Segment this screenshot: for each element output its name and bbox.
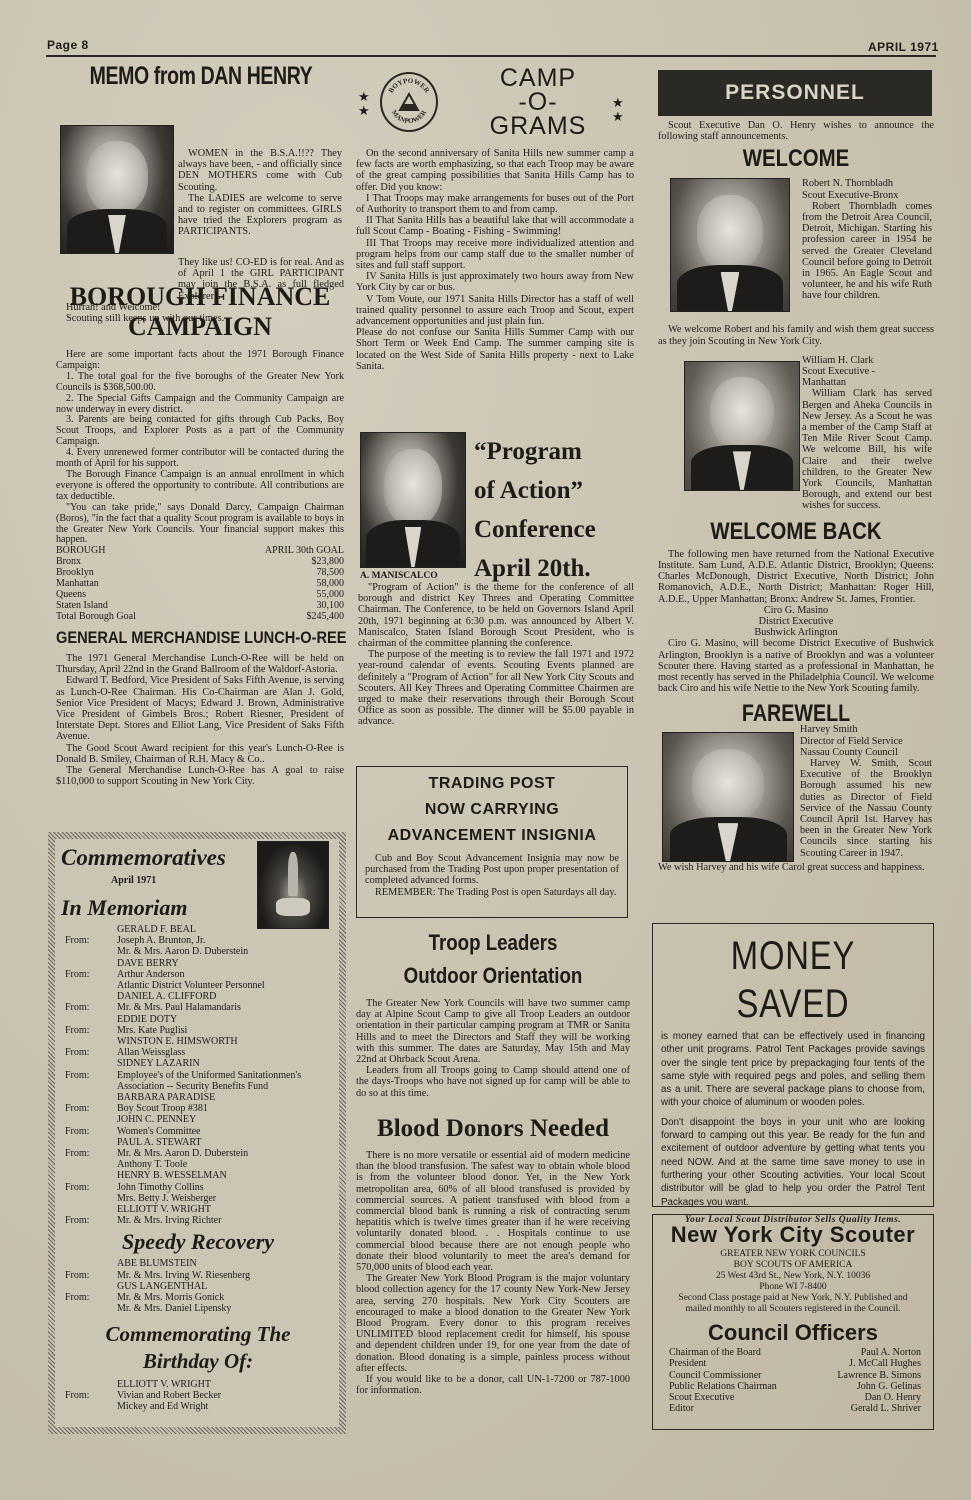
finance-para: "You can take pride," says Donald Darcy,… bbox=[56, 503, 344, 547]
lunch-para: The Good Scout Award recipient for this … bbox=[56, 743, 344, 765]
officer-row: Public Relations ChairmanJohn G. Gelinas bbox=[669, 1381, 921, 1392]
thornbladh-photo bbox=[670, 178, 790, 312]
thornbladh-closing: We welcome Robert and his family and wis… bbox=[658, 324, 934, 346]
clark-photo bbox=[684, 361, 800, 491]
smith-name: Harvey Smith bbox=[800, 724, 932, 735]
honoree-name: DANIEL A. CLIFFORD bbox=[117, 991, 301, 1002]
thornbladh-bio: Robert Thornbladh comes from the Detroit… bbox=[802, 201, 932, 302]
welcome-heading: WELCOME bbox=[679, 144, 914, 174]
birthday-title: Commemorating The Birthday Of: bbox=[61, 1321, 335, 1375]
troop-leaders-para: The Greater New York Councils will have … bbox=[356, 998, 630, 1065]
program-para: The purpose of the meeting is to review … bbox=[358, 649, 634, 727]
personnel-banner: PERSONNEL bbox=[658, 70, 932, 116]
masthead-box: New York City Scouter GREATER NEW YORK C… bbox=[652, 1214, 934, 1430]
clark-role: Scout Executive - bbox=[802, 366, 932, 377]
officer-row: Chairman of the BoardPaul A. Norton bbox=[669, 1347, 921, 1358]
money-para: is money earned that can be effectively … bbox=[661, 1030, 925, 1110]
masthead-postage: Second Class postage paid at New York, N… bbox=[653, 1293, 933, 1315]
honoree-name: EDDIE DOTY bbox=[117, 1014, 301, 1025]
masino-heading: Ciro G. Masino District Executive Bushwi… bbox=[658, 605, 934, 639]
smith-bio: Harvey W. Smith, Scout Executive of the … bbox=[800, 758, 932, 859]
lunch-article: GENERAL MERCHANDISE LUNCH-O-REE The 1971… bbox=[56, 628, 344, 787]
camp-para: Please do not confuse our Sanita Hills S… bbox=[356, 327, 634, 372]
program-para: "Program of Action" is the theme for the… bbox=[358, 582, 634, 649]
troop-leaders-para: Leaders from all Troops going to Camp sh… bbox=[356, 1065, 630, 1099]
finance-para: 1. The total goal for the five boroughs … bbox=[56, 372, 344, 394]
blood-para: There is no more versatile or essential … bbox=[356, 1150, 630, 1273]
money-para: Don't disappoint the boys in your unit w… bbox=[661, 1116, 925, 1209]
honoree-name: HENRY B. WESSELMAN bbox=[117, 1170, 301, 1181]
issue-date: APRIL 1971 bbox=[868, 40, 939, 54]
finance-goal-table: BOROUGHAPRIL 30th GOAL Bronx$23,800 Broo… bbox=[56, 546, 344, 622]
program-headline: “Program of Action” Conference April 20t… bbox=[474, 432, 596, 588]
blood-para: The Greater New York Blood Program is th… bbox=[356, 1273, 630, 1374]
honoree-name: ABE BLUMSTEIN bbox=[117, 1258, 250, 1269]
smith-closing: We wish Harvey and his wife Carol great … bbox=[658, 862, 934, 873]
trading-post-box: TRADING POST NOW CARRYING ADVANCEMENT IN… bbox=[356, 766, 628, 918]
star-icon: ★★ bbox=[612, 96, 624, 124]
welcome-back-heading: WELCOME BACK bbox=[679, 517, 914, 547]
money-saved-headline: MONEY SAVED bbox=[678, 932, 908, 1028]
lunch-para: Edward T. Bedford, Vice President of Sak… bbox=[56, 675, 344, 742]
honoree-name: DAVE BERRY bbox=[117, 958, 301, 969]
finance-headline: BOROUGH FINANCE CAMPAIGN bbox=[56, 282, 344, 342]
finance-para: Here are some important facts about the … bbox=[56, 350, 344, 372]
honoree-name: SIDNEY LAZARIN bbox=[117, 1058, 301, 1069]
blood-donors-article: Blood Donors Needed There is no more ver… bbox=[356, 1112, 630, 1396]
troop-leaders-headline: Troop Leaders Outdoor Orientation bbox=[377, 926, 610, 992]
money-saved-ad: MONEY SAVED is money earned that can be … bbox=[652, 923, 934, 1207]
lunch-headline: GENERAL MERCHANDISE LUNCH-O-REE bbox=[56, 628, 348, 648]
memo-para-1: WOMEN in the B.S.A.!!?? They always have… bbox=[178, 148, 342, 193]
photo-caption: A. MANISCALCO bbox=[360, 571, 438, 581]
finance-para: The Borough Finance Campaign is an annua… bbox=[56, 470, 344, 503]
finance-para: 2. The Special Gifts Campaign and the Co… bbox=[56, 394, 344, 416]
memo-para-2: The LADIES are welcome to serve and to r… bbox=[178, 193, 342, 238]
commemoratives-box: Commemoratives April 1971 In Memoriam GE… bbox=[48, 832, 346, 1434]
troop-leaders-article: Troop Leaders Outdoor Orientation The Gr… bbox=[356, 926, 630, 1099]
smith-role: Director of Field Service bbox=[800, 736, 932, 747]
camp-o-grams-title: CAMP -O- GRAMS bbox=[468, 66, 608, 138]
blood-para: If you would like to be a donor, call UN… bbox=[356, 1374, 630, 1396]
honoree-name: ELLIOTT V. WRIGHT bbox=[117, 1204, 301, 1215]
council-officers-title: Council Officers bbox=[653, 1319, 933, 1347]
officer-row: PresidentJ. McCall Hughes bbox=[669, 1358, 921, 1369]
trading-post-headline: TRADING POST NOW CARRYING ADVANCEMENT IN… bbox=[357, 771, 627, 849]
memoriam-list: GERALD F. BEAL From:Joseph A. Brunton, J… bbox=[61, 924, 301, 1226]
personnel-intro: Scout Executive Dan O. Henry wishes to a… bbox=[658, 120, 934, 142]
honoree-name: BARBARA PARADISE bbox=[117, 1092, 301, 1103]
goal-row: Brooklyn78,500 bbox=[56, 568, 344, 579]
star-icon: ★★ bbox=[358, 90, 370, 118]
finance-para: 4. Every unrenewed former contributor wi… bbox=[56, 448, 344, 470]
masthead-info: GREATER NEW YORK COUNCILS BOY SCOUTS OF … bbox=[653, 1249, 933, 1293]
recovery-list: ABE BLUMSTEIN From:Mr. & Mrs. Irving W. … bbox=[61, 1258, 250, 1314]
officers-list: Chairman of the BoardPaul A. Norton Pres… bbox=[653, 1347, 933, 1415]
honoree-name: ELLIOTT V. WRIGHT bbox=[117, 1379, 221, 1390]
lunch-para: The 1971 General Merchandise Lunch-O-Ree… bbox=[56, 653, 344, 675]
honoree-name: WINSTON E. HIMSWORTH bbox=[117, 1036, 301, 1047]
page-number: Page 8 bbox=[47, 38, 89, 52]
speedy-recovery-title: Speedy Recovery bbox=[61, 1228, 335, 1256]
honoree-name: PAUL A. STEWART bbox=[117, 1137, 301, 1148]
camp-para: II That Sanita Hills has a beautiful lak… bbox=[356, 215, 634, 237]
dan-henry-photo bbox=[60, 125, 174, 254]
camp-para: On the second anniversary of Sanita Hill… bbox=[356, 148, 634, 193]
memo-headline: MEMO from DAN HENRY bbox=[72, 62, 329, 91]
lunch-para: The General Merchandise Lunch-O-Ree has … bbox=[56, 765, 344, 787]
birthday-list: ELLIOTT V. WRIGHT From:Vivian and Robert… bbox=[61, 1379, 221, 1413]
maniscalco-photo bbox=[360, 432, 466, 568]
boypower-manpower-logo: BOYPOWER MANPOWER bbox=[380, 72, 438, 132]
trading-post-para: Cub and Boy Scout Advancement Insignia m… bbox=[365, 853, 619, 887]
finance-para: 3. Parents are being contacted for gifts… bbox=[56, 415, 344, 448]
personnel-article: Scout Executive Dan O. Henry wishes to a… bbox=[658, 120, 934, 874]
masthead-title: New York City Scouter bbox=[653, 1221, 933, 1249]
trophy-photo bbox=[257, 841, 329, 929]
finance-article: BOROUGH FINANCE CAMPAIGN Here are some i… bbox=[56, 282, 344, 623]
header-rule bbox=[46, 55, 936, 57]
camp-para: V Tom Voute, our 1971 Sanita Hills Direc… bbox=[356, 294, 634, 328]
clark-name: William H. Clark bbox=[802, 355, 932, 366]
smith-photo bbox=[662, 732, 794, 862]
camp-para: I That Troops may make arrangements for … bbox=[356, 193, 634, 215]
officer-row: EditorGerald L. Shriver bbox=[669, 1403, 921, 1414]
clark-bio: William Clark has served Bergen and Ahek… bbox=[802, 388, 932, 511]
blood-donors-headline: Blood Donors Needed bbox=[356, 1112, 630, 1146]
officer-row: Scout ExecutiveDan O. Henry bbox=[669, 1392, 921, 1403]
goal-row: Bronx$23,800 bbox=[56, 557, 344, 568]
thornbladh-name: Robert N. Thornbladh bbox=[802, 178, 932, 189]
masino-bio: Ciro G. Masino, will become District Exe… bbox=[658, 638, 934, 694]
goal-row: Manhattan58,000 bbox=[56, 579, 344, 590]
thornbladh-role: Scout Executive-Bronx bbox=[802, 190, 932, 201]
camp-o-grams-article: ★★ BOYPOWER MANPOWER CAMP -O- GRAMS ★★ O… bbox=[356, 66, 634, 372]
officer-row: Council CommissionerLawrence B. Simons bbox=[669, 1370, 921, 1381]
welcome-back-text: The following men have returned from the… bbox=[658, 549, 934, 605]
program-of-action-article: A. MANISCALCO “Program of Action” Confer… bbox=[358, 432, 634, 728]
camp-para: III That Troops may receive more individ… bbox=[356, 238, 634, 272]
trading-post-para: REMEMBER: The Trading Post is open Satur… bbox=[365, 887, 619, 898]
camp-para: IV Sanita Hills is just approximately tw… bbox=[356, 271, 634, 293]
honoree-name: JOHN C. PENNEY bbox=[117, 1114, 301, 1125]
honoree-name: GUS LANGENTHAL bbox=[117, 1281, 250, 1292]
goal-total-row: Total Borough Goal$245,400 bbox=[56, 612, 344, 623]
